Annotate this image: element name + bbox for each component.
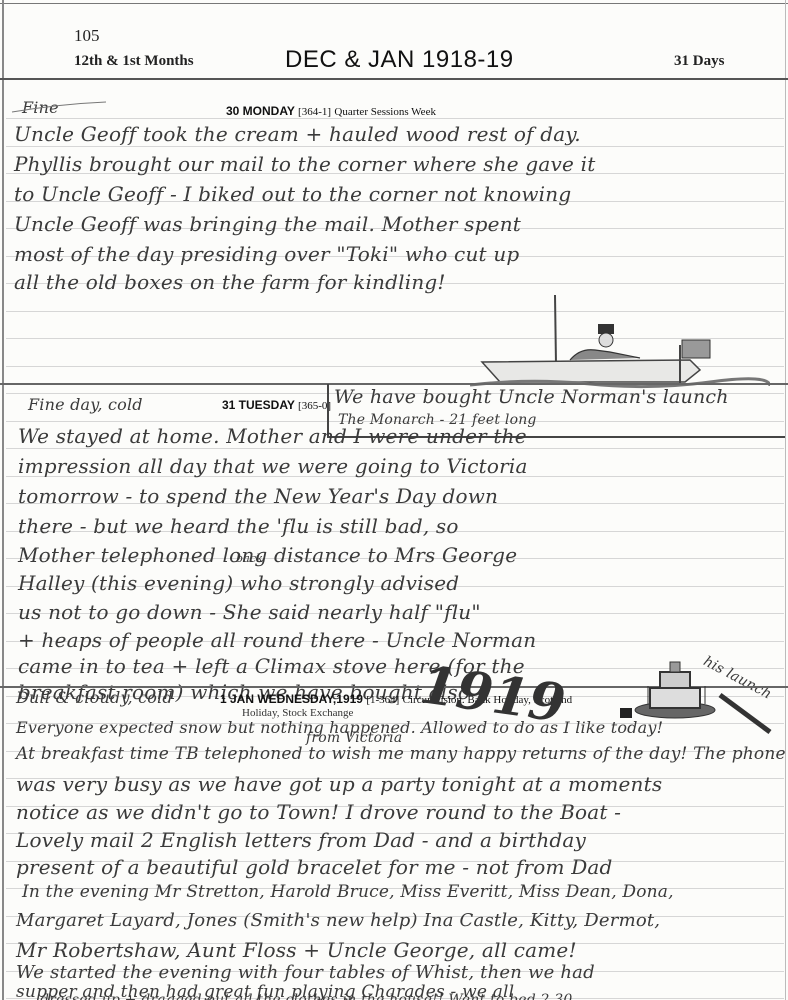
ruled-line xyxy=(6,448,784,449)
page-title: DEC & JAN 1918-19 xyxy=(285,46,514,74)
entry-line: dressed up + dragged out all the clothes… xyxy=(40,992,573,1000)
day-printed-note: Quarter Sessions Week xyxy=(334,106,436,118)
entry-line: to Uncle Geoff - I biked out to the corn… xyxy=(14,182,571,206)
entry-line: + heaps of people all round there - Uncl… xyxy=(18,628,536,652)
entry-line: We started the evening with four tables … xyxy=(16,962,595,983)
day-title: 1 JAN WEDNESDAY xyxy=(220,692,333,706)
entry-line: Mother telephoned long distance to Mrs G… xyxy=(18,543,517,567)
entry-line: us not to go down - She said nearly half… xyxy=(18,600,481,624)
entry-line: Halley (this evening) who strongly advis… xyxy=(18,571,459,595)
entry-line: In the evening Mr Stretton, Harold Bruce… xyxy=(22,882,674,902)
page-border-left xyxy=(2,0,4,1000)
entry-line: tomorrow - to spend the New Year's Day d… xyxy=(18,484,498,508)
page-border-right xyxy=(785,0,786,1000)
launch-purchase-note: We have bought Uncle Norman's launch xyxy=(334,386,729,408)
day-title: 30 MONDAY xyxy=(226,104,295,118)
day-heading-monday: 30 MONDAY [364-1] Quarter Sessions Week xyxy=(226,104,436,118)
boat-drawing xyxy=(470,290,770,390)
entry-line: was very busy as we have got up a party … xyxy=(16,772,662,796)
header-divider xyxy=(0,78,788,80)
entry-line: there - but we heard the 'flu is still b… xyxy=(18,514,459,538)
day-heading-tuesday: 31 TUESDAY [365-0] xyxy=(222,398,331,412)
days-count-label: 31 Days xyxy=(674,53,724,70)
day-number-meta: [364-1] xyxy=(298,106,331,118)
entry-line: At breakfast time TB telephoned to wish … xyxy=(16,744,786,764)
entry-line: Lovely mail 2 English letters from Dad -… xyxy=(16,828,586,852)
interlinear-insert: back xyxy=(236,552,263,565)
entry-line: present of a beautiful gold bracelet for… xyxy=(16,855,613,879)
day-title: 31 TUESDAY xyxy=(222,398,295,412)
day-year: 1919 xyxy=(336,692,363,706)
weather-note-tuesday: Fine day, cold xyxy=(28,395,143,414)
entry-line: Uncle Geoff took the cream + hauled wood… xyxy=(14,122,581,146)
underline-stroke xyxy=(10,100,110,116)
page-number: 105 xyxy=(74,26,100,46)
entry-line: impression all day that we were going to… xyxy=(18,454,528,478)
diary-page: 105 12th & 1st Months DEC & JAN 1918-19 … xyxy=(0,0,788,1000)
day-number-meta: [1-364] xyxy=(366,694,399,706)
top-border xyxy=(0,3,788,4)
ruled-line xyxy=(6,146,784,147)
months-label: 12th & 1st Months xyxy=(74,53,194,70)
entry-line: We stayed at home. Mother and I were und… xyxy=(18,424,527,448)
entry-line: most of the day presiding over "Toki" wh… xyxy=(14,242,519,266)
entry-line: Phyllis brought our mail to the corner w… xyxy=(14,152,595,176)
entry-line: notice as we didn't go to Town! I drove … xyxy=(16,800,621,824)
entry-line: Mr Robertshaw, Aunt Floss + Uncle George… xyxy=(16,938,577,962)
weather-note-wednesday: Dull & cloudy, cold xyxy=(16,688,173,707)
entry-line: Uncle Geoff was bringing the mail. Mothe… xyxy=(14,212,521,236)
ruled-line xyxy=(6,118,784,119)
entry-line: Margaret Layard, Jones (Smith's new help… xyxy=(16,910,660,931)
entry-line: all the old boxes on the farm for kindli… xyxy=(14,270,446,294)
